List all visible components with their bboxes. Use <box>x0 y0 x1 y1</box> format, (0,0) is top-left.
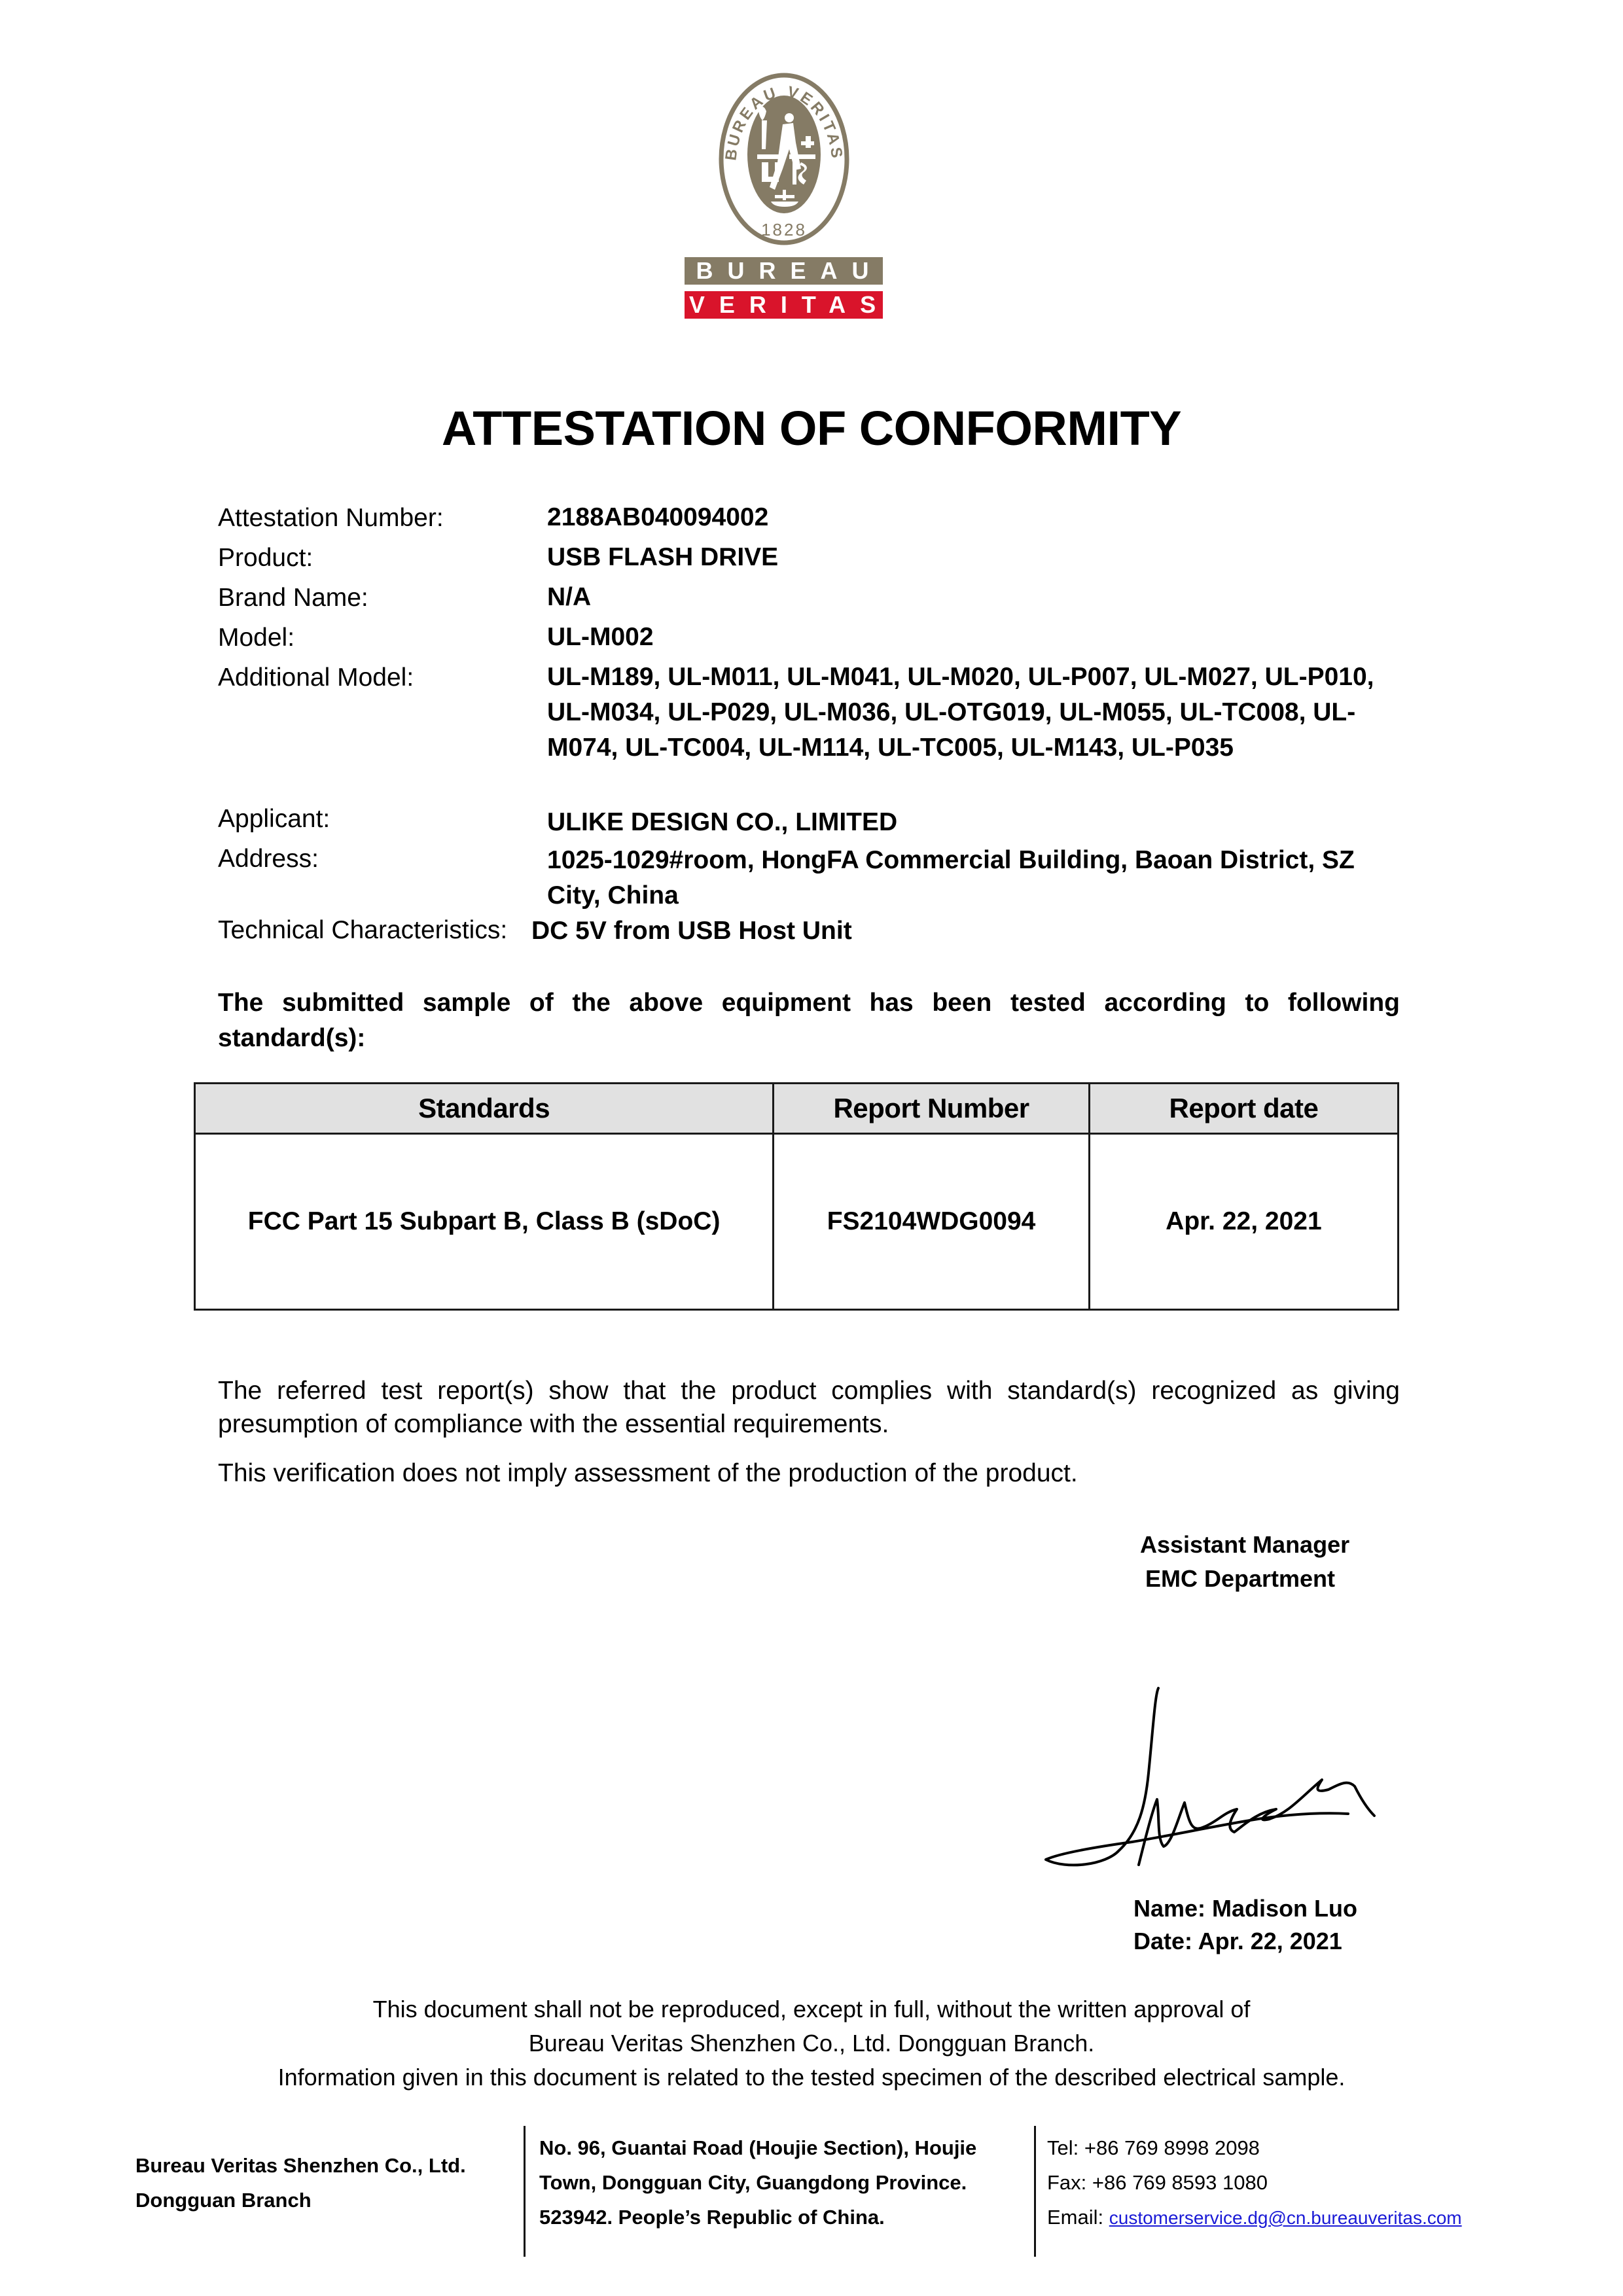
header-report-date: Report date <box>1089 1084 1398 1134</box>
footer-divider <box>1034 2126 1036 2257</box>
footer-address-line-2: Town, Dongguan City, Guangdong Province. <box>539 2165 976 2200</box>
verification-paragraph: This verification does not imply assessm… <box>218 1457 1400 1490</box>
footer-email-row: Email: customerservice.dg@cn.bureauverit… <box>1047 2200 1462 2235</box>
field-value-address: 1025-1029#room, HongFA Commercial Buildi… <box>547 843 1391 913</box>
table-row: FCC Part 15 Subpart B, Class B (sDoC) FS… <box>195 1134 1399 1310</box>
footer-email-link[interactable]: customerservice.dg@cn.bureauveritas.com <box>1109 2208 1462 2228</box>
field-value-additional-model: UL-M189, UL-M011, UL-M041, UL-M020, UL-P… <box>547 660 1391 766</box>
field-value-technical-characteristics: DC 5V from USB Host Unit <box>531 913 1395 949</box>
svg-text:1828: 1828 <box>761 220 807 239</box>
footer-contact: Tel: +86 769 8998 2098 Fax: +86 769 8593… <box>1047 2130 1462 2235</box>
footer-divider <box>524 2126 526 2257</box>
field-label-brand-name: Brand Name: <box>218 584 368 612</box>
table-header-row: Standards Report Number Report date <box>195 1084 1399 1134</box>
signatory-title: Assistant Manager <box>1140 1531 1349 1559</box>
header-standards: Standards <box>195 1084 774 1134</box>
disclaimer-line-2: Bureau Veritas Shenzhen Co., Ltd. Donggu… <box>0 2030 1623 2057</box>
signature-icon <box>1041 1675 1394 1878</box>
field-label-attestation-number: Attestation Number: <box>218 504 444 533</box>
field-label-product: Product: <box>218 544 313 573</box>
signatory-date: Date: Apr. 22, 2021 <box>1133 1928 1342 1955</box>
footer-address-line-1: No. 96, Guantai Road (Houjie Section), H… <box>539 2130 976 2165</box>
field-value-brand-name: N/A <box>547 580 1411 615</box>
footer-company-name: Bureau Veritas Shenzhen Co., Ltd. <box>135 2148 466 2183</box>
footer-tel: Tel: +86 769 8998 2098 <box>1047 2130 1462 2165</box>
signatory-name: Name: Madison Luo <box>1133 1895 1357 1922</box>
wordmark-veritas: VERITAS <box>685 291 883 319</box>
signatory-department: EMC Department <box>1145 1565 1335 1593</box>
disclaimer-line-1: This document shall not be reproduced, e… <box>0 1996 1623 2023</box>
footer-address: No. 96, Guantai Road (Houjie Section), H… <box>539 2130 976 2234</box>
standards-table: Standards Report Number Report date FCC … <box>194 1082 1399 1311</box>
field-value-product: USB FLASH DRIVE <box>547 540 1411 575</box>
field-label-applicant: Applicant: <box>218 805 330 834</box>
field-value-attestation-number: 2188AB040094002 <box>547 500 1411 535</box>
cell-report-number: FS2104WDG0094 <box>774 1134 1090 1310</box>
bureau-veritas-seal-icon: BUREAU VERITAS 1828 <box>685 71 887 247</box>
field-label-additional-model: Additional Model: <box>218 663 414 692</box>
compliance-paragraph: The referred test report(s) show that th… <box>218 1374 1400 1441</box>
disclaimer-line-3: Information given in this document is re… <box>0 2064 1623 2091</box>
footer-company: Bureau Veritas Shenzhen Co., Ltd. Donggu… <box>135 2148 466 2217</box>
footer-email-label: Email: <box>1047 2206 1109 2229</box>
header-report-number: Report Number <box>774 1084 1090 1134</box>
bureau-veritas-logo: BUREAU VERITAS 1828 BUREAU VERITAS <box>685 71 887 323</box>
field-value-applicant: ULIKE DESIGN CO., LIMITED <box>547 805 1411 840</box>
cell-report-date: Apr. 22, 2021 <box>1089 1134 1398 1310</box>
footer-fax: Fax: +86 769 8593 1080 <box>1047 2165 1462 2200</box>
field-label-technical-characteristics: Technical Characteristics: <box>218 916 507 945</box>
field-label-model: Model: <box>218 624 294 652</box>
submitted-statement: The submitted sample of the above equipm… <box>218 985 1400 1056</box>
cell-standard: FCC Part 15 Subpart B, Class B (sDoC) <box>195 1134 774 1310</box>
wordmark-bureau: BUREAU <box>685 257 883 285</box>
document-title: ATTESTATION OF CONFORMITY <box>0 400 1623 456</box>
field-value-model: UL-M002 <box>547 620 1411 655</box>
footer-address-line-3: 523942. People’s Republic of China. <box>539 2200 976 2234</box>
footer-company-branch: Dongguan Branch <box>135 2183 466 2217</box>
field-label-address: Address: <box>218 845 319 874</box>
